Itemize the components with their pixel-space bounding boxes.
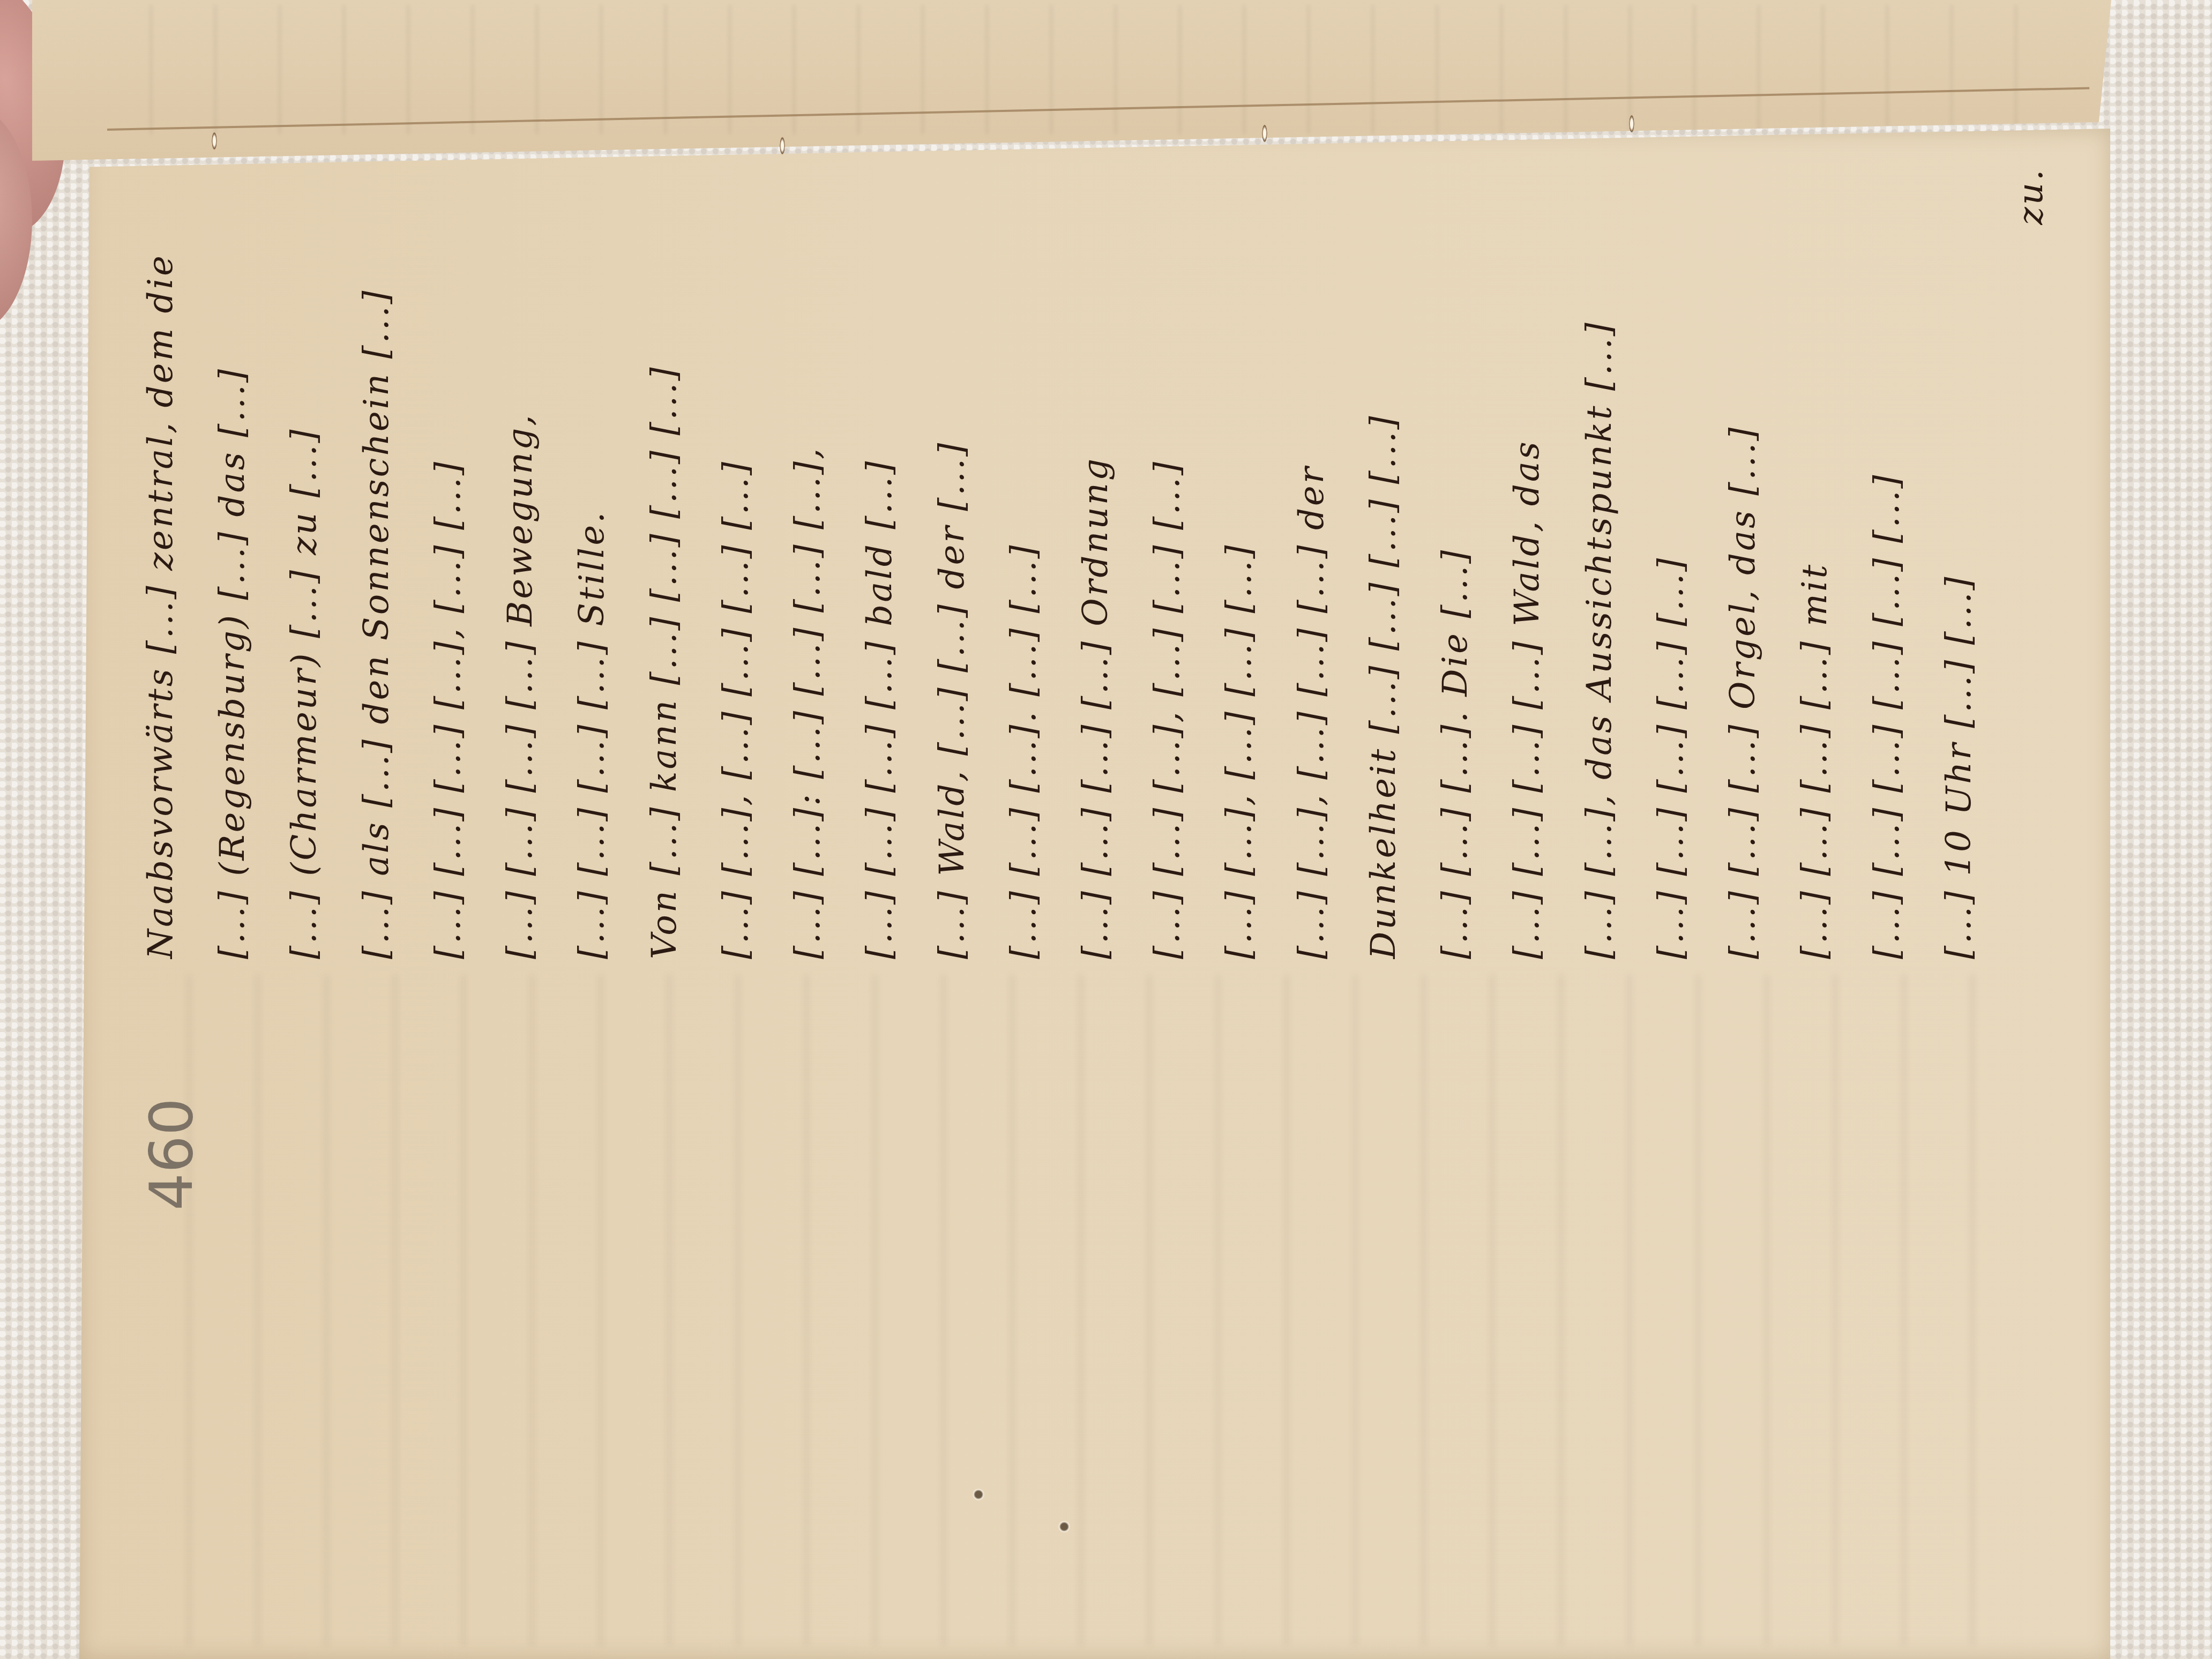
handwritten-line: [...] 10 Uhr [...] [...] [1935, 166, 1983, 959]
handwritten-line: [...] [...] [...] [...], [...] [...] [424, 166, 473, 959]
handwritten-line: [...] [...], [...] [...] [...] [...] [712, 166, 760, 959]
handwritten-line: [...] [...] [...] [...] bald [...] [856, 166, 904, 959]
handwritten-line: [...] [...] [...] [...] Stille. [568, 166, 616, 959]
handwritten-line: [...] als [...] den Sonnenschein [...] [353, 166, 401, 959]
handwritten-line: Naabsvorwärts [...] zentral, dem die [137, 166, 185, 959]
handwritten-line: [...] [...] [...]. [...] [...] [1000, 166, 1048, 959]
handwritten-line: [...] [...] [...] [...] Bewegung, [496, 166, 544, 959]
handwritten-line: [...] [...] [...] [...] Ordnung [1072, 166, 1120, 959]
handwritten-line: [...] [...] [...]. Die [...] [1431, 166, 1479, 959]
handwritten-line: [...] [...] [...] [...] [...] [1647, 166, 1695, 959]
handwritten-line: [...] Wald, [...] [...] der [...] [928, 166, 976, 959]
handwritten-line: Dunkelheit [...] [...] [...] [...] [1359, 166, 1408, 959]
handwritten-line: [...] [...], das Aussichtspunkt [...] [1575, 166, 1624, 959]
handwritten-line: [...] [...] [...] [...] Wald, das [1503, 166, 1551, 959]
handwritten-line: [...] [...] [...], [...] [...] [...] [1144, 166, 1192, 959]
handwritten-line: [...] (Charmeur) [...] zu [...] [280, 166, 328, 959]
handwritten-line: [...] [...] [...] [...] [...] [...] [1863, 166, 1911, 959]
handwritten-line: [...] [...], [...] [...] [...] [1215, 166, 1264, 959]
handwritten-line: [...] [...]: [...] [...] [...] [...], [784, 166, 832, 959]
handwritten-line: Von [...] kann [...] [...] [...] [...] [640, 166, 689, 959]
handwritten-line: zu. [2007, 118, 2055, 225]
handwritten-line: [...] (Regensburg) [...] das [...] [208, 166, 257, 959]
handwritten-line: [...] [...] [...] Orgel, das [...] [1719, 166, 1767, 959]
handwritten-text-block: Naabsvorwärts [...] zentral, dem die[...… [0, 0, 2212, 1659]
handwritten-line: [...] [...], [...] [...] [...] der [1288, 166, 1336, 959]
handwritten-line: [...] [...] [...] [...] mit [1791, 166, 1839, 959]
